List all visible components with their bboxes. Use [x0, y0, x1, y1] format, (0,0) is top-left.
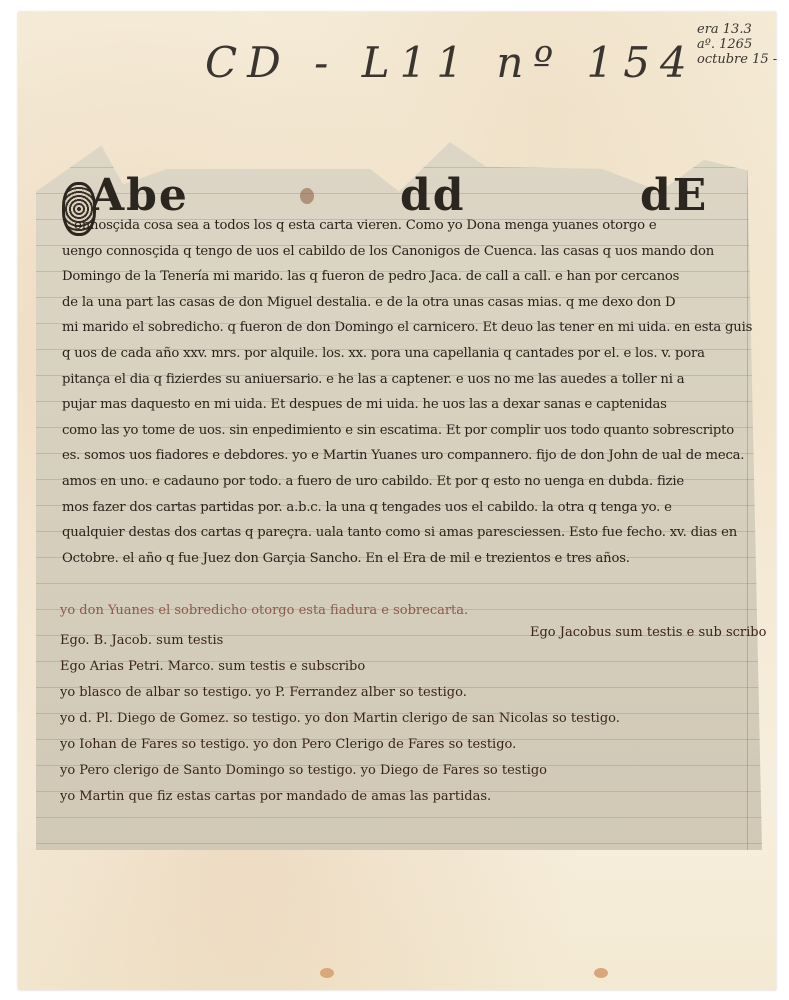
charter-line: q uos de cada año xxv. mrs. por alquile.… — [62, 341, 752, 367]
charter-line: pitança el dia q fizierdes su aniuersari… — [62, 367, 752, 393]
subscription-line: yo blasco de albar so testigo. yo P. Fer… — [60, 680, 760, 706]
archive-shelfmark: CD - L11 nº 154 — [205, 38, 697, 87]
subscription-line: Ego Arias Petri. Marco. sum testis e sub… — [60, 654, 760, 680]
charter-line: amos en uno. e cadauno por todo. a fuero… — [62, 469, 752, 495]
charter-line: onnosçida cosa sea a todos los q esta ca… — [62, 213, 752, 239]
subscription-line: yo Iohan de Fares so testigo. yo don Per… — [60, 732, 760, 758]
charter-body: onnosçida cosa sea a todos los q esta ca… — [62, 213, 752, 571]
subscription-line: yo Pero clerigo de Santo Domingo so test… — [60, 758, 760, 784]
dating-note-line: era 13.3 — [697, 22, 777, 37]
charter-line: uengo connosçida q tengo de uos el cabil… — [62, 239, 752, 265]
wax-spot — [320, 968, 334, 978]
subscriptions: yo don Yuanes el sobredicho otorgo esta … — [60, 598, 760, 810]
dating-note-line: aº. 1265 — [697, 37, 777, 52]
subscription-line: yo d. Pl. Diego de Gomez. so testigo. yo… — [60, 706, 760, 732]
subscription-line: Ego Jacobus sum testis e sub scribo — [530, 620, 766, 646]
ink-stain — [300, 188, 314, 204]
charter-line: pujar mas daquesto en mi uida. Et despue… — [62, 392, 752, 418]
dating-note: era 13.3 aº. 1265 octubre 15 - — [697, 22, 777, 67]
charter-line: como las yo tome de uos. sin enpedimient… — [62, 418, 752, 444]
charter-line: Octobre. el año q fue Juez don Garçia Sa… — [62, 546, 752, 572]
wax-spot — [594, 968, 608, 978]
subscription-text: Ego Jacobus sum testis e sub scribo — [530, 625, 766, 640]
subscription-line: yo Martin que fiz estas cartas por manda… — [60, 784, 760, 810]
charter-line: de la una part las casas de don Miguel d… — [62, 290, 752, 316]
charter-line: mi marido el sobredicho. q fueron de don… — [62, 315, 752, 341]
subscription-text: yo don Yuanes el sobredicho otorgo esta … — [60, 603, 468, 618]
charter-line: es. somos uos fiadores e debdores. yo e … — [62, 443, 752, 469]
charter-line: mos fazer dos cartas partidas por. a.b.c… — [62, 495, 752, 521]
dating-note-line: octubre 15 - — [697, 52, 777, 67]
charter-line: Domingo de la Tenería mi marido. las q f… — [62, 264, 752, 290]
charter-line: qualquier destas dos cartas q pareçra. u… — [62, 520, 752, 546]
